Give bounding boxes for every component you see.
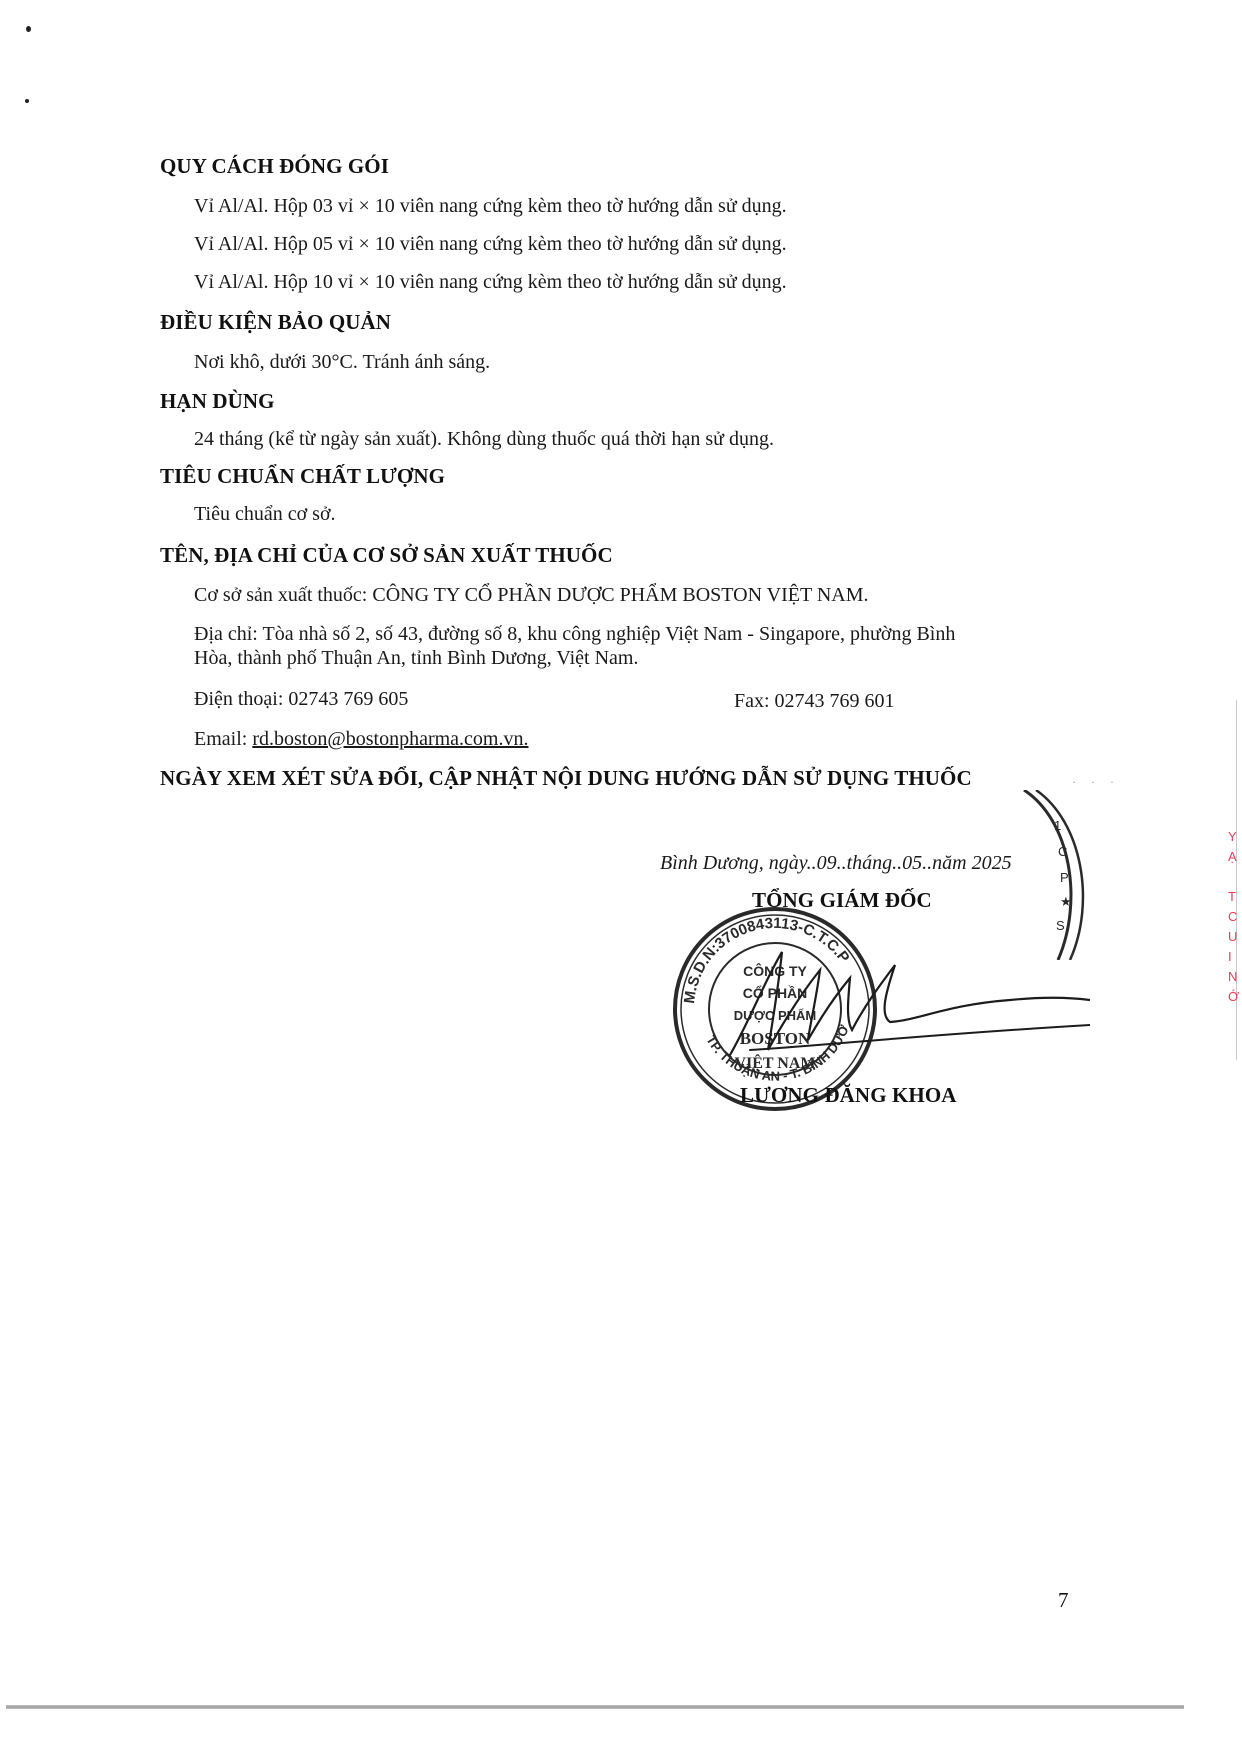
side-red-mark: N: [1228, 968, 1234, 985]
place-date: Bình Dương, ngày..09..tháng..05..năm 202…: [660, 852, 1012, 875]
scan-margin-line: [1236, 700, 1237, 1060]
svg-text:P: P: [1060, 870, 1069, 885]
section-heading-shelf-life: HẠN DÙNG: [160, 389, 275, 414]
page-number: 7: [1058, 1588, 1069, 1613]
section-heading-storage: ĐIỀU KIỆN BẢO QUẢN: [160, 310, 391, 335]
email-label: Email:: [194, 728, 252, 750]
svg-text:1: 1: [1054, 818, 1061, 833]
scan-speck: [26, 26, 31, 32]
signature-icon: [690, 930, 1090, 1070]
section-heading-packaging: QUY CÁCH ĐÓNG GÓI: [160, 154, 389, 179]
packaging-line: Vỉ Al/Al. Hộp 10 vỉ × 10 viên nang cứng …: [194, 271, 787, 294]
signatory-name: LƯƠNG ĐĂNG KHOA: [740, 1083, 957, 1108]
storage-line: Nơi khô, dưới 30°C. Tránh ánh sáng.: [194, 351, 490, 374]
email-link[interactable]: rd.boston@bostonpharma.com.vn.: [252, 728, 528, 750]
manufacturer-name: Cơ sở sản xuất thuốc: CÔNG TY CỔ PHẦN DƯ…: [194, 584, 869, 607]
manufacturer-email-row: Email: rd.boston@bostonpharma.com.vn.: [194, 728, 529, 751]
scan-dots: · · ·: [1072, 775, 1120, 790]
side-red-mark: U: [1228, 928, 1234, 945]
section-heading-revision-date: NGÀY XEM XÉT SỬA ĐỔI, CẬP NHẬT NỘI DUNG …: [160, 766, 972, 791]
side-red-mark: C: [1228, 908, 1234, 925]
side-red-mark: T: [1228, 888, 1234, 905]
side-red-mark: Ớ: [1228, 988, 1234, 1005]
manufacturer-address-line: Hòa, thành phố Thuận An, tỉnh Bình Dương…: [194, 647, 638, 670]
scan-speck: [25, 99, 29, 103]
section-heading-quality-standard: TIÊU CHUẨN CHẤT LƯỢNG: [160, 464, 445, 489]
svg-text:C: C: [1058, 844, 1067, 859]
side-red-mark: Y: [1228, 828, 1234, 845]
page-bottom-rule: [6, 1705, 1184, 1709]
svg-text:★: ★: [1060, 894, 1072, 909]
manufacturer-address-line: Địa chỉ: Tòa nhà số 2, số 43, đường số 8…: [194, 623, 955, 646]
shelf-life-line: 24 tháng (kể từ ngày sản xuất). Không dù…: [194, 428, 774, 451]
packaging-line: Vỉ Al/Al. Hộp 03 vỉ × 10 viên nang cứng …: [194, 195, 787, 218]
side-red-mark: I: [1228, 948, 1234, 965]
packaging-line: Vỉ Al/Al. Hộp 05 vỉ × 10 viên nang cứng …: [194, 233, 787, 256]
manufacturer-phone: Điện thoại: 02743 769 605: [194, 688, 408, 711]
quality-standard-line: Tiêu chuẩn cơ sở.: [194, 503, 336, 526]
document-page: QUY CÁCH ĐÓNG GÓI Vỉ Al/Al. Hộp 03 vỉ × …: [0, 0, 1242, 1755]
section-heading-manufacturer: TÊN, ĐỊA CHỈ CỦA CƠ SỞ SẢN XUẤT THUỐC: [160, 543, 613, 568]
manufacturer-fax: Fax: 02743 769 601: [734, 690, 895, 713]
side-red-mark: Ạ: [1228, 848, 1234, 865]
